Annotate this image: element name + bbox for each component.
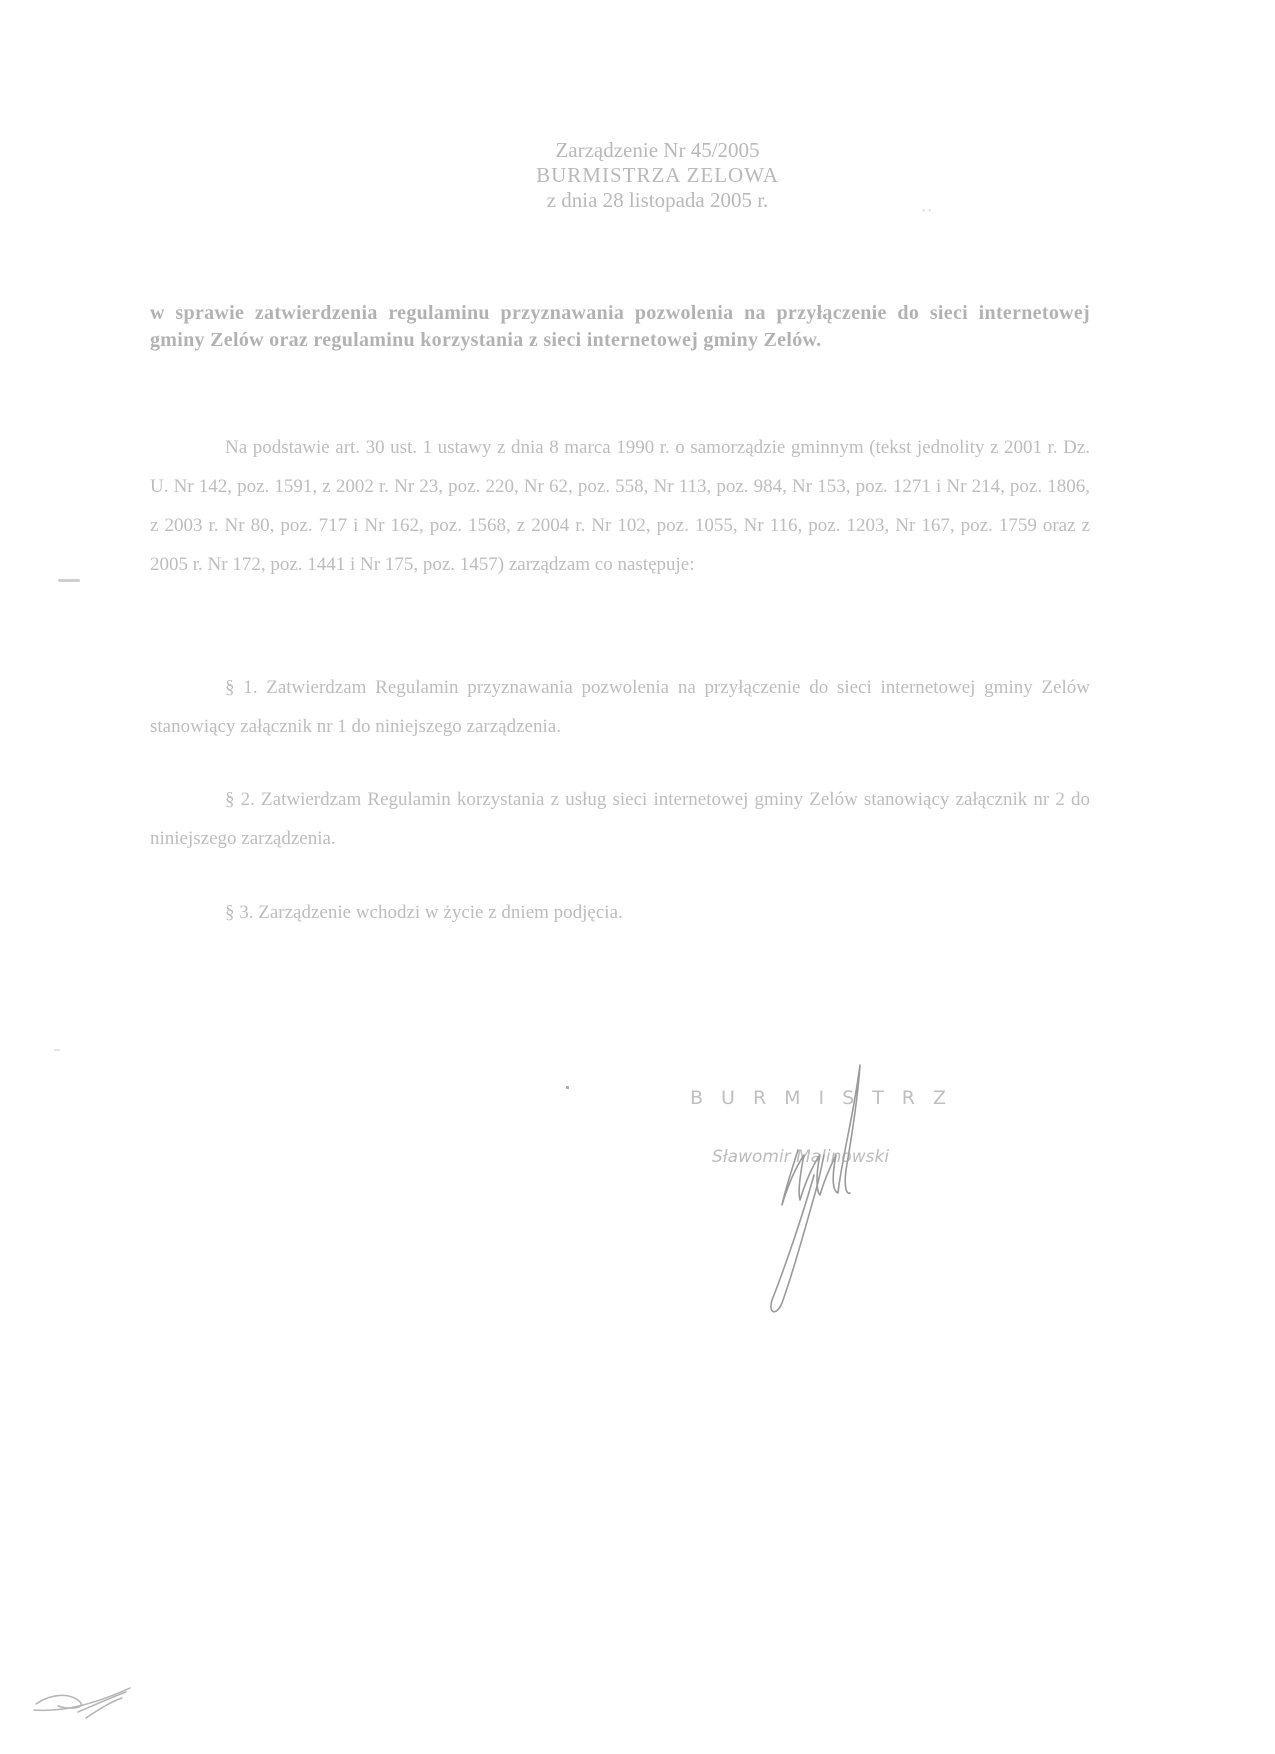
paragraph-number: § 3. bbox=[225, 902, 254, 923]
paragraph-text: Zatwierdzam Regulamin korzystania z usłu… bbox=[150, 789, 1090, 849]
paragraph-text: Zarządzenie wchodzi w życie z dniem podj… bbox=[258, 902, 623, 923]
paragraph-number: § 1. bbox=[225, 677, 257, 698]
initials-icon bbox=[30, 1680, 140, 1720]
ordinance-subject: w sprawie zatwierdzenia regulaminu przyz… bbox=[150, 300, 1090, 354]
scan-artifact bbox=[54, 1049, 60, 1051]
paragraph-number: § 2. bbox=[225, 789, 255, 810]
ordinance-date: z dnia 28 listopada 2005 r. bbox=[40, 188, 1275, 213]
legal-basis-text: Na podstawie art. 30 ust. 1 ustawy z dni… bbox=[150, 437, 1090, 575]
ordinance-issuer: BURMISTRZA ZELOWA bbox=[40, 163, 1275, 188]
paragraph-3: § 3. Zarządzenie wchodzi w życie z dniem… bbox=[150, 893, 1090, 932]
legal-basis: Na podstawie art. 30 ust. 1 ustawy z dni… bbox=[150, 428, 1090, 584]
handwritten-signature-icon bbox=[740, 1055, 940, 1325]
paragraph-text: Zatwierdzam Regulamin przyznawania pozwo… bbox=[150, 677, 1090, 737]
document-header: Zarządzenie Nr 45/2005 BURMISTRZA ZELOWA… bbox=[0, 138, 1275, 213]
margin-mark bbox=[58, 579, 80, 582]
paragraph-1: § 1. Zatwierdzam Regulamin przyznawania … bbox=[150, 668, 1090, 746]
scan-artifact bbox=[566, 1086, 569, 1089]
ordinance-title: Zarządzenie Nr 45/2005 bbox=[40, 138, 1275, 163]
paragraph-2: § 2. Zatwierdzam Regulamin korzystania z… bbox=[150, 780, 1090, 858]
